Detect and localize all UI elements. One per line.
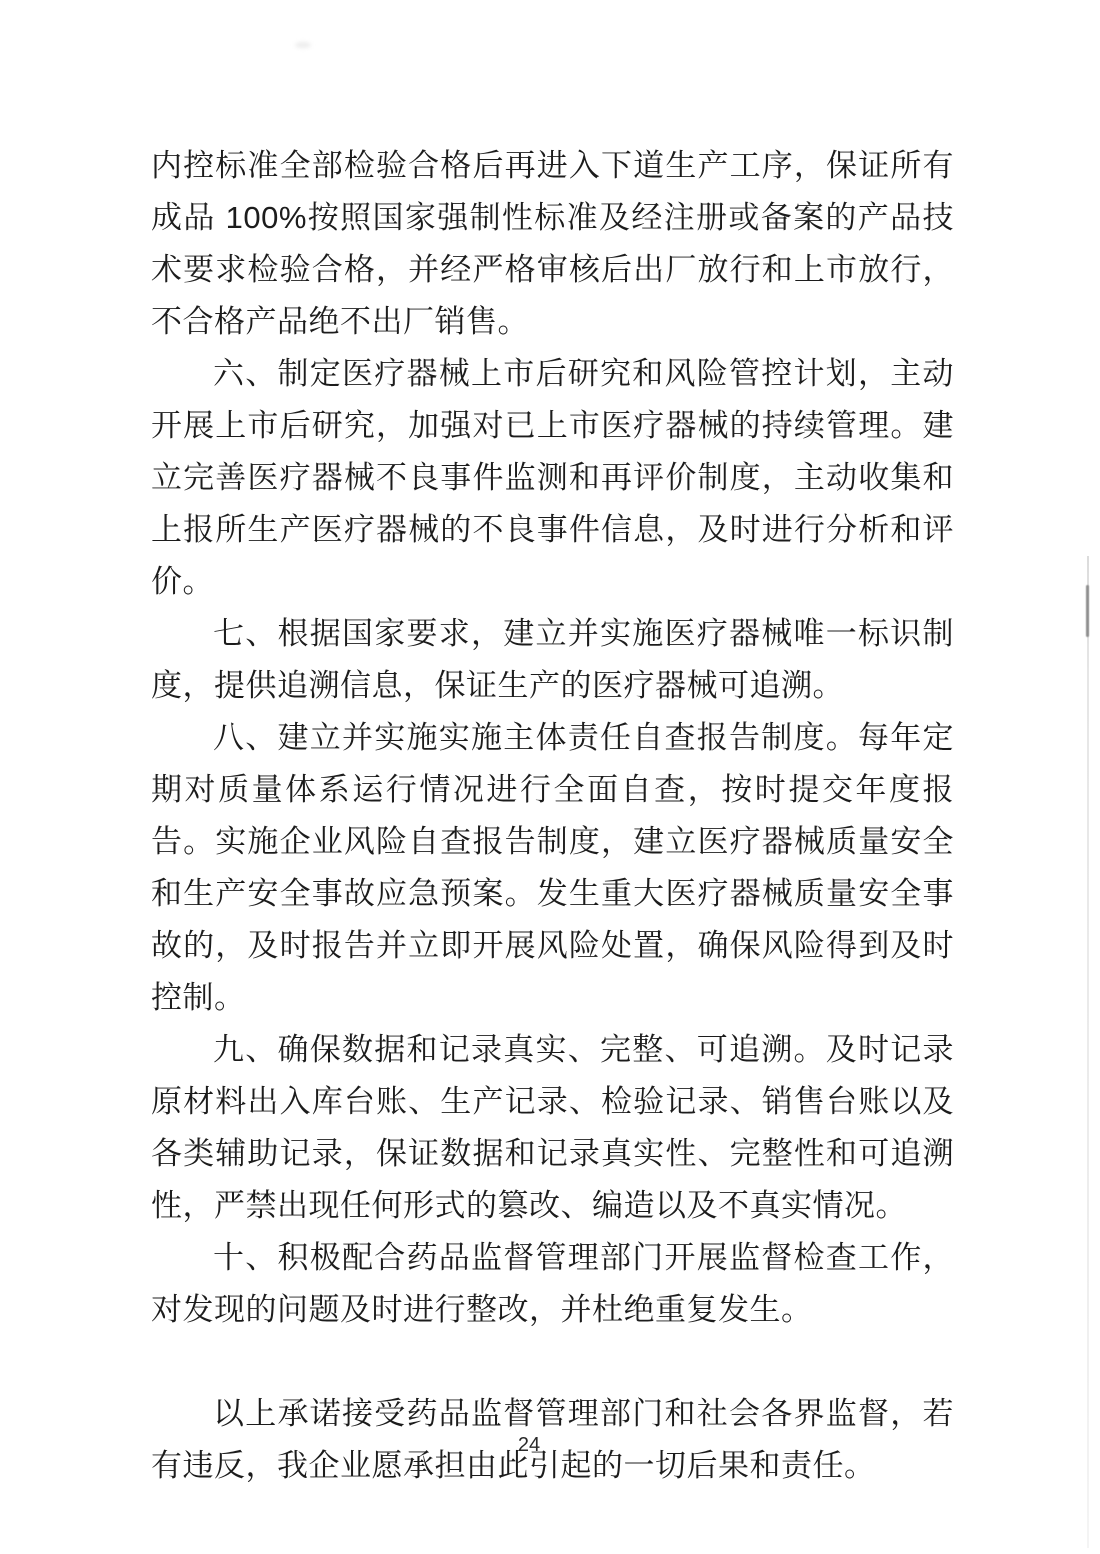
paragraph-item-7: 七、根据国家要求，建立并实施医疗器械唯一标识制度，提供追溯信息，保证生产的医疗器…: [151, 608, 954, 712]
paragraph-item-8: 八、建立并实施实施主体责任自查报告制度。每年定期对质量体系运行情况进行全面自查，…: [151, 712, 954, 1024]
document-page: 内控标准全部检验合格后再进入下道生产工序，保证所有成品 100%按照国家强制性标…: [0, 0, 1100, 1554]
paragraph-item-6: 六、制定医疗器械上市后研究和风险管控计划，主动开展上市后研究，加强对已上市医疗器…: [151, 348, 954, 608]
scan-edge-artifact: [1087, 556, 1089, 1548]
paragraph-item-10: 十、积极配合药品监督管理部门开展监督检查工作，对发现的问题及时进行整改，并杜绝重…: [151, 1232, 954, 1336]
document-body: 内控标准全部检验合格后再进入下道生产工序，保证所有成品 100%按照国家强制性标…: [151, 140, 954, 1492]
paragraph-item-9: 九、确保数据和记录真实、完整、可追溯。及时记录原材料出入库台账、生产记录、检验记…: [151, 1024, 954, 1232]
scan-smudge-artifact: [295, 42, 311, 48]
paragraph-continuation: 内控标准全部检验合格后再进入下道生产工序，保证所有成品 100%按照国家强制性标…: [151, 140, 954, 348]
scan-edge-dark-segment: [1086, 585, 1089, 637]
page-number: 24: [0, 1434, 1058, 1457]
